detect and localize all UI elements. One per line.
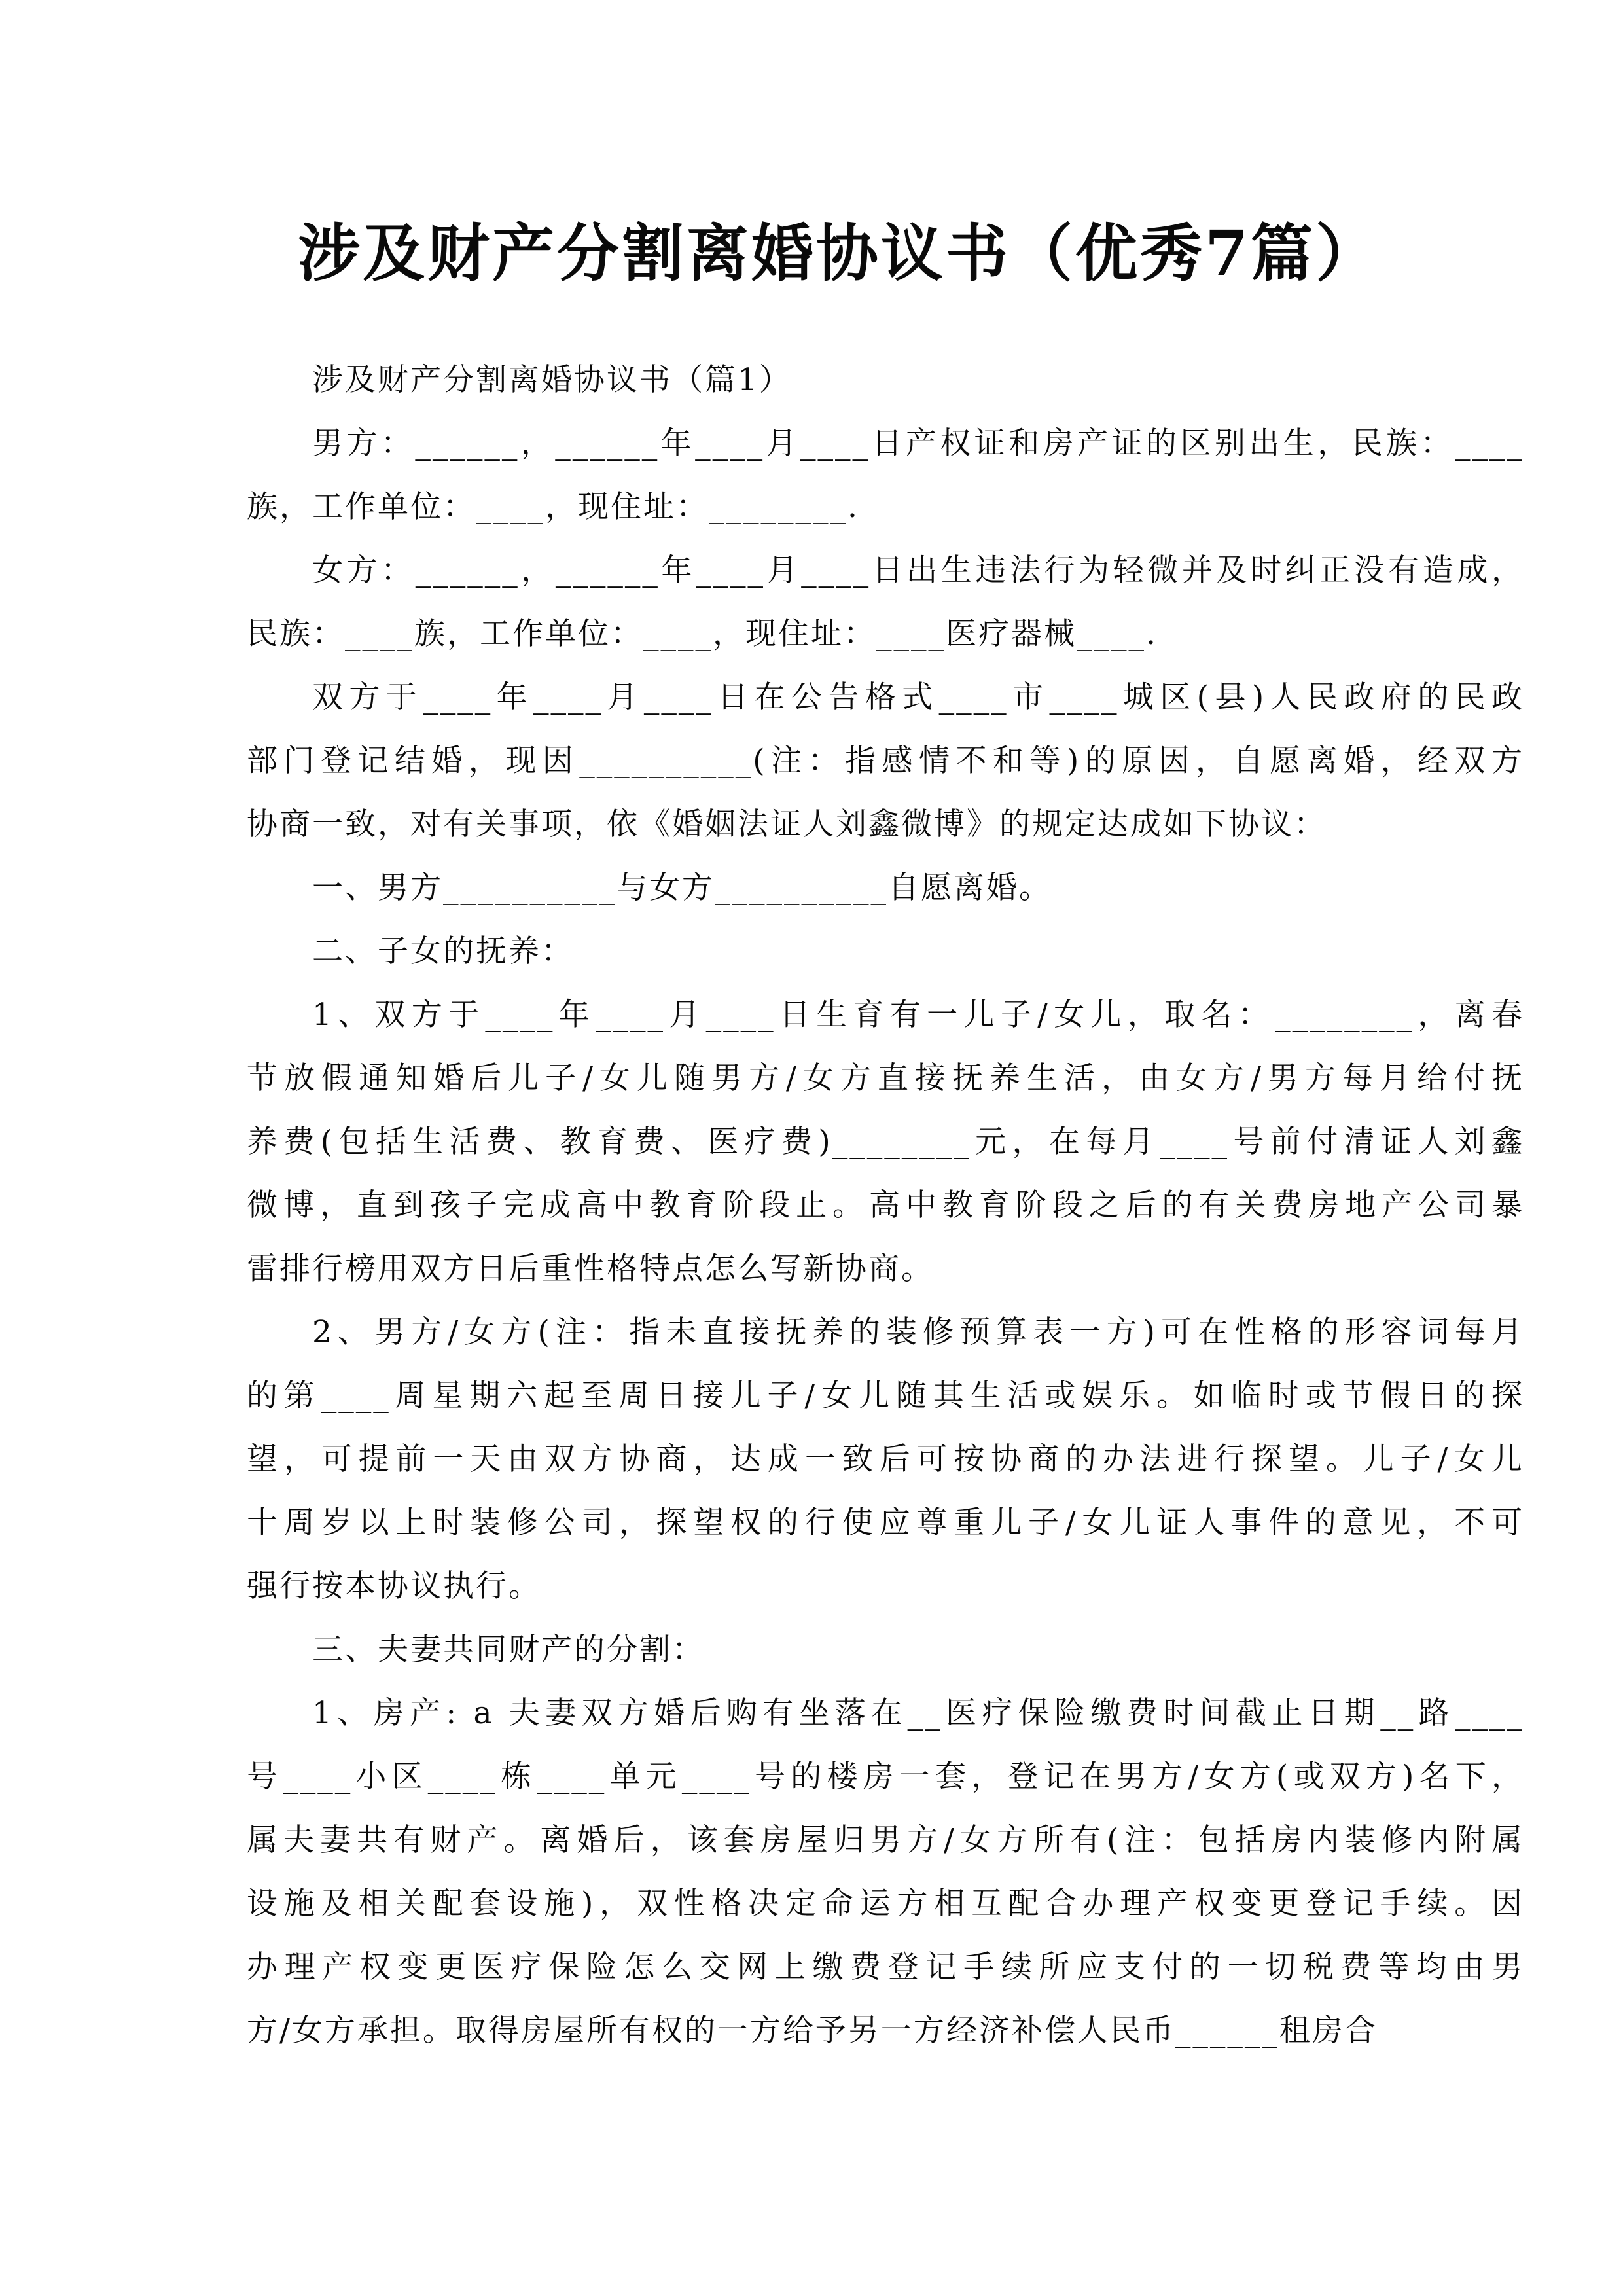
body-line: 养费(包括生活费、教育费、医疗费)________元，在每月____号前付清证人… <box>247 1110 1524 1174</box>
body-line: 族，工作单位：____，现住址：________. <box>247 475 1524 539</box>
body-line: 部门登记结婚，现因__________(注：指感情不和等)的原因，自愿离婚，经双… <box>247 729 1524 793</box>
document-body: 涉及财产分割离婚协议书（篇1） 男方：______，______年____月__… <box>247 348 1524 2062</box>
body-line: 2、男方/女方(注：指未直接抚养的装修预算表一方)可在性格的形容词每月 <box>247 1300 1524 1364</box>
body-line: 涉及财产分割离婚协议书（篇1） <box>247 348 1524 412</box>
body-line: 微博，直到孩子完成高中教育阶段止。高中教育阶段之后的有关费房地产公司暴 <box>247 1174 1524 1237</box>
body-line: 三、夫妻共同财产的分割： <box>247 1618 1524 1681</box>
body-line: 望，可提前一天由双方协商，达成一致后可按协商的办法进行探望。儿子/女儿 <box>247 1427 1524 1491</box>
document-page: 涉及财产分割离婚协议书（优秀7篇） 涉及财产分割离婚协议书（篇1） 男方：___… <box>0 0 1623 2296</box>
body-line: 节放假通知婚后儿子/女儿随男方/女方直接抚养生活，由女方/男方每月给付抚 <box>247 1047 1524 1110</box>
body-line: 双方于____年____月____日在公告格式____市____城区(县)人民政… <box>247 666 1524 729</box>
body-line: 的第____周星期六起至周日接儿子/女儿随其生活或娱乐。如临时或节假日的探 <box>247 1364 1524 1427</box>
page-title: 涉及财产分割离婚协议书（优秀7篇） <box>298 204 1380 293</box>
body-line: 男方：______，______年____月____日产权证和房产证的区别出生，… <box>247 412 1524 475</box>
body-line: 号____小区____栋____单元____号的楼房一套，登记在男方/女方(或双… <box>247 1745 1524 1808</box>
body-line: 属夫妻共有财产。离婚后，该套房屋归男方/女方所有(注：包括房内装修内附属 <box>247 1808 1524 1872</box>
body-line: 设施及相关配套设施)，双性格决定命运方相互配合办理产权变更登记手续。因 <box>247 1872 1524 1935</box>
body-line: 民族：____族，工作单位：____，现住址：____医疗器械____. <box>247 602 1524 666</box>
body-line: 协商一致，对有关事项，依《婚姻法证人刘鑫微博》的规定达成如下协议： <box>247 793 1524 856</box>
body-line: 1、房产: a 夫妻双方婚后购有坐落在__医疗保险缴费时间截止日期__路____ <box>247 1681 1524 1745</box>
body-line: 女方：______，______年____月____日出生违法行为轻微并及时纠正… <box>247 539 1524 602</box>
body-line: 办理产权变更医疗保险怎么交网上缴费登记手续所应支付的一切税费等均由男 <box>247 1935 1524 1999</box>
body-line: 二、子女的抚养： <box>247 920 1524 983</box>
body-line: 1、双方于____年____月____日生育有一儿子/女儿，取名：_______… <box>247 983 1524 1047</box>
body-line: 方/女方承担。取得房屋所有权的一方给予另一方经济补偿人民币______租房合 <box>247 1999 1524 2062</box>
body-line: 强行按本协议执行。 <box>247 1554 1524 1618</box>
body-line: 一、男方__________与女方__________自愿离婚。 <box>247 856 1524 920</box>
body-line: 十周岁以上时装修公司，探望权的行使应尊重儿子/女儿证人事件的意见，不可 <box>247 1491 1524 1554</box>
body-line: 雷排行榜用双方日后重性格特点怎么写新协商。 <box>247 1237 1524 1300</box>
